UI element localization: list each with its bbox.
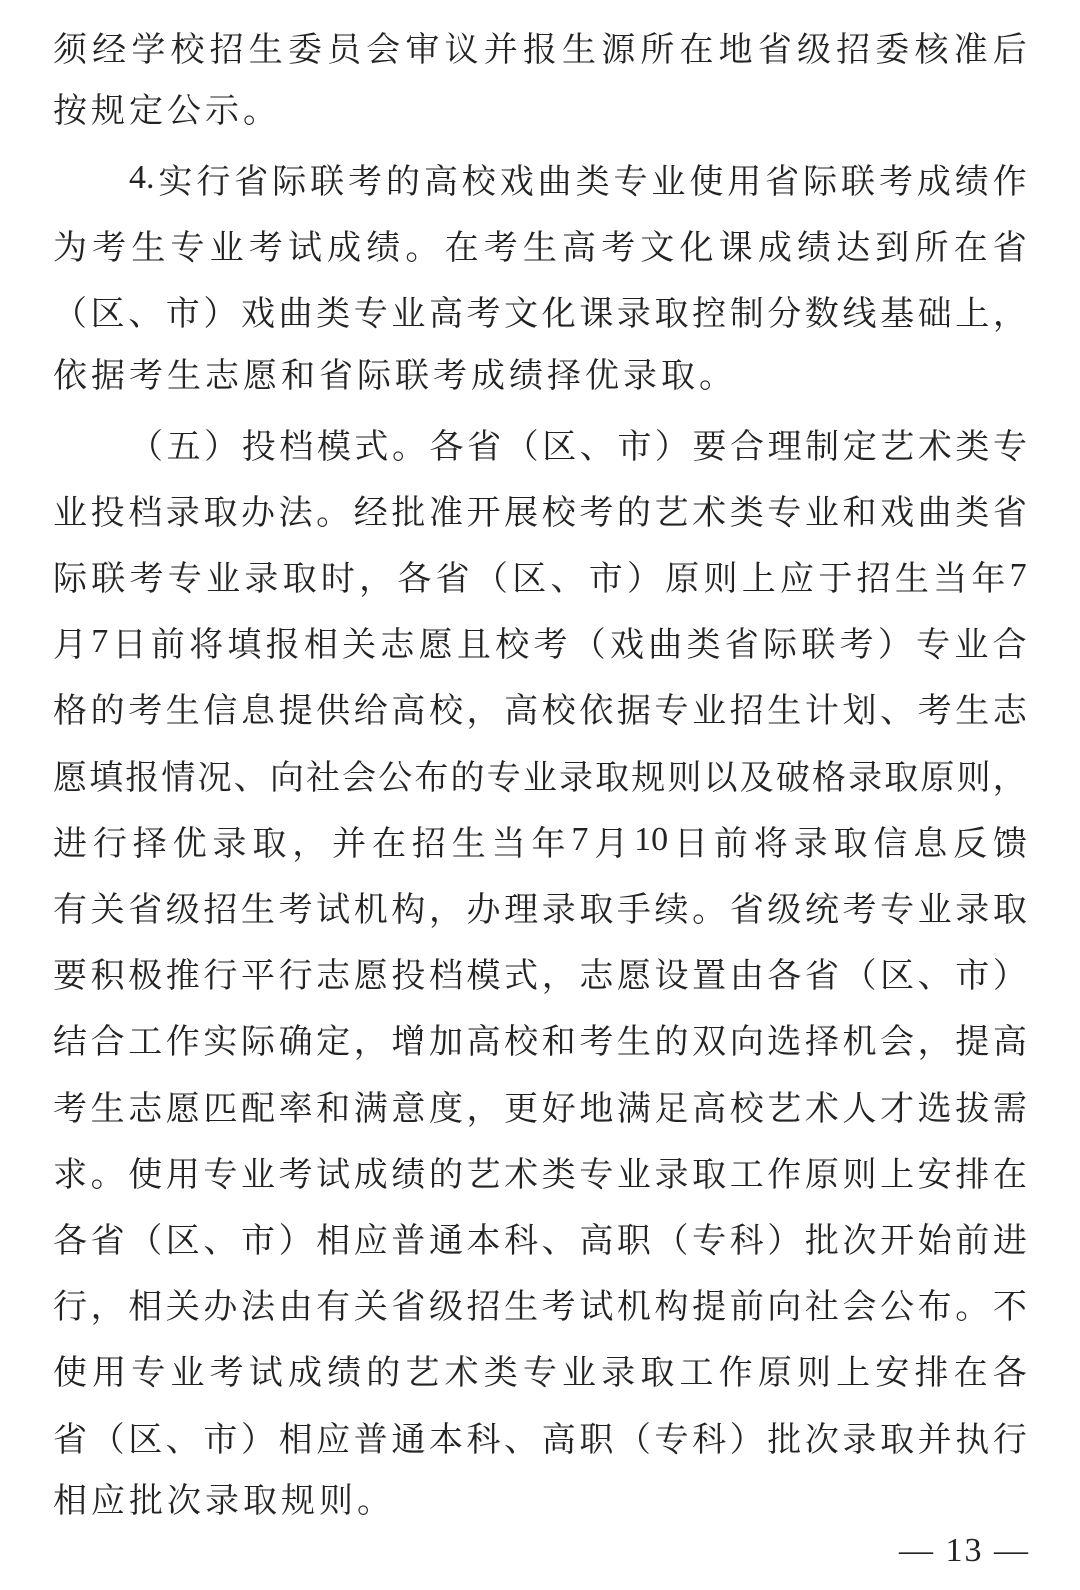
text-line: （五）投档模式。各省（区、市）要合理制定艺术类专 bbox=[53, 410, 1027, 476]
text-line: 月7日前将填报相关志愿且校考（戏曲类省际联考）专业合 bbox=[53, 609, 1027, 675]
text-line: 际联考专业录取时，各省（区、市）原则上应于招生当年7 bbox=[53, 543, 1027, 609]
text-line: 使用专业考试成绩的艺术类专业录取工作原则上安排在各 bbox=[53, 1337, 1027, 1403]
text-line: 各省（区、市）相应普通本科、高职（专科）批次开始前进 bbox=[53, 1204, 1027, 1270]
text-line: 有关省级招生考试机构，办理录取手续。省级统考专业录取 bbox=[53, 873, 1027, 939]
text-line: （区、市）戏曲类专业高考文化课录取控制分数线基础上， bbox=[53, 278, 1027, 344]
text-line: 结合工作实际确定，增加高校和考生的双向选择机会，提高 bbox=[53, 1006, 1027, 1072]
text-line: 格的考生信息提供给高校，高校依据专业招生计划、考生志 bbox=[53, 675, 1027, 741]
text-line: 行，相关办法由有关省级招生考试机构提前向社会公布。不 bbox=[53, 1271, 1027, 1337]
text-line: 愿填报情况、向社会公布的专业录取规则以及破格录取原则， bbox=[53, 741, 1027, 807]
text-line: 为考生专业考试成绩。在考生高考文化课成绩达到所在省 bbox=[53, 212, 1027, 278]
text-line: 求。使用专业考试成绩的艺术类专业录取工作原则上安排在 bbox=[53, 1138, 1027, 1204]
text-line: 要积极推行平行志愿投档模式，志愿设置由各省（区、市） bbox=[53, 940, 1027, 1006]
text-line: 依据考生志愿和省际联考成绩择优录取。 bbox=[53, 344, 1027, 410]
text-line: 省（区、市）相应普通本科、高职（专科）批次录取并执行 bbox=[53, 1403, 1027, 1469]
page-number: — 13 — bbox=[899, 1532, 1030, 1570]
text-line: 相应批次录取规则。 bbox=[53, 1469, 1027, 1535]
text-line: 按规定公示。 bbox=[53, 79, 1027, 145]
text-line: 进行择优录取，并在招生当年7月10日前将录取信息反馈 bbox=[53, 807, 1027, 873]
text-line: 业投档录取办法。经批准开展校考的艺术类专业和戏曲类省 bbox=[53, 476, 1027, 542]
text-line: 4.实行省际联考的高校戏曲类专业使用省际联考成绩作 bbox=[53, 145, 1027, 211]
text-line: 考生志愿匹配率和满意度，更好地满足高校艺术人才选拔需 bbox=[53, 1072, 1027, 1138]
text-line: 须经学校招生委员会审议并报生源所在地省级招委核准后 bbox=[53, 13, 1027, 79]
document-page: 须经学校招生委员会审议并报生源所在地省级招委核准后按规定公示。4.实行省际联考的… bbox=[0, 0, 1080, 1590]
document-body: 须经学校招生委员会审议并报生源所在地省级招委核准后按规定公示。4.实行省际联考的… bbox=[53, 13, 1027, 1535]
